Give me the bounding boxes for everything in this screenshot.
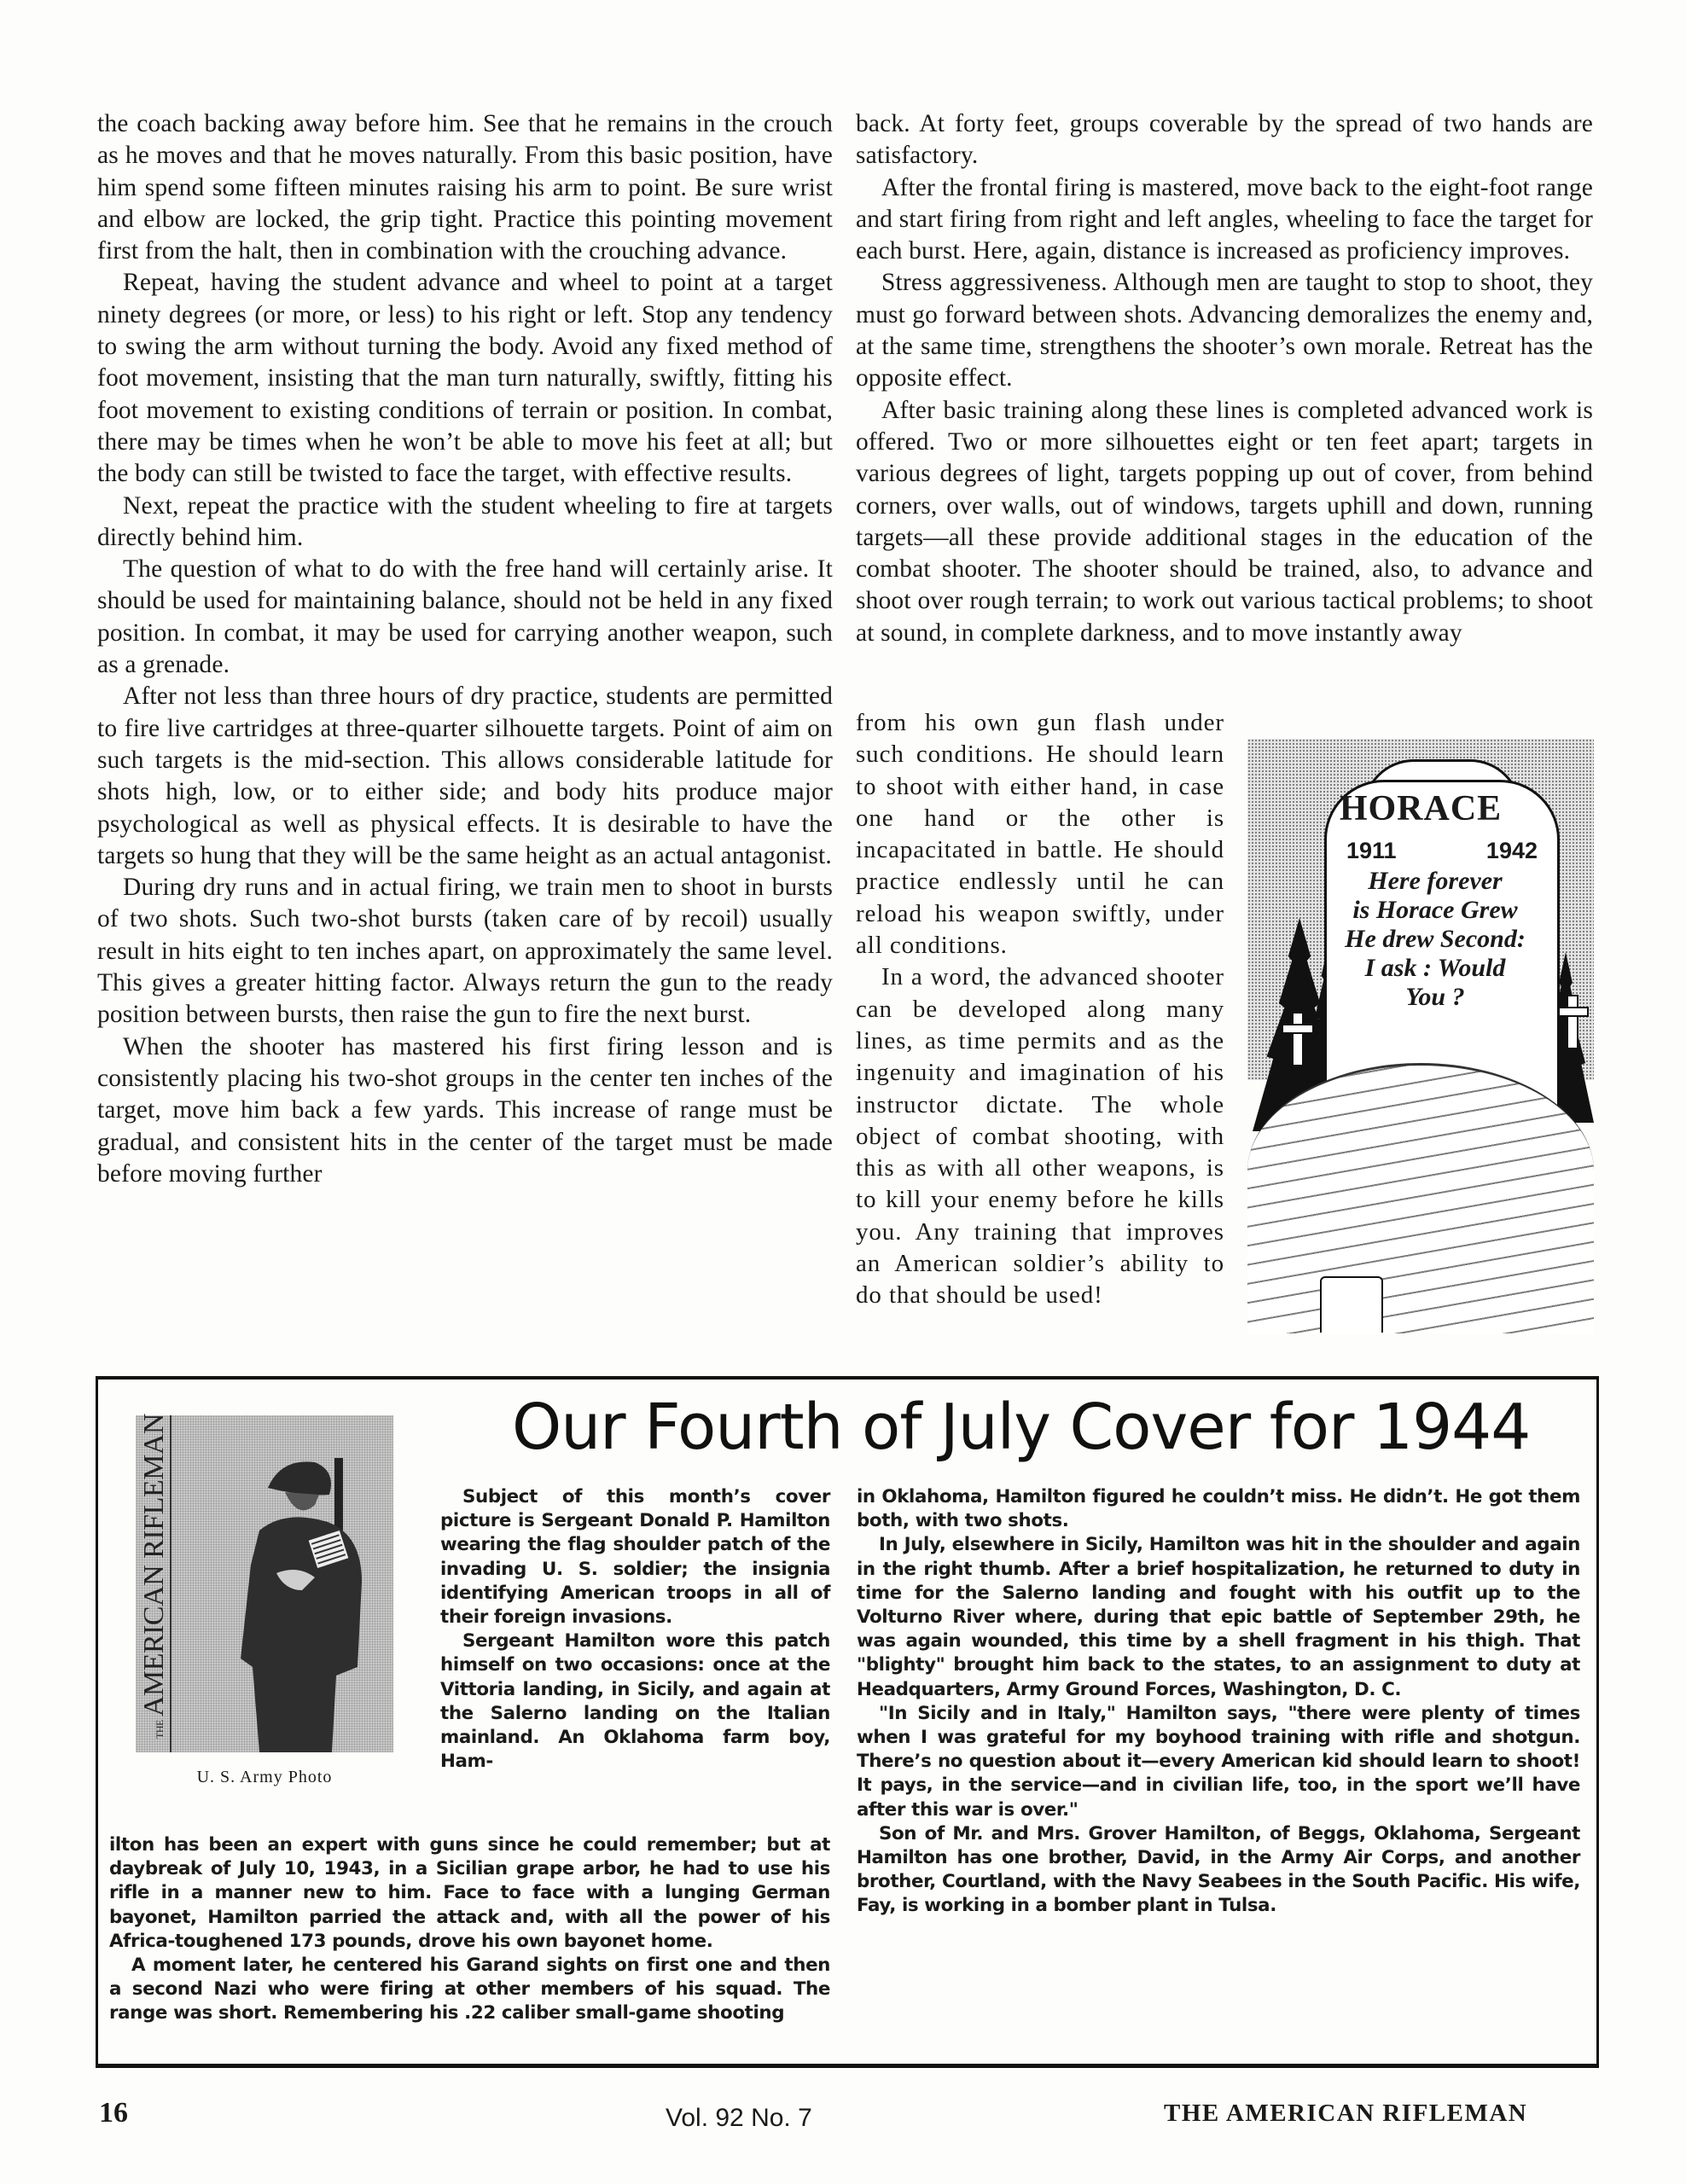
grave-cross-icon xyxy=(1292,1012,1304,1066)
paragraph: Sergeant Hamilton wore this patch himsel… xyxy=(440,1629,830,1774)
paragraph: Son of Mr. and Mrs. Grover Hamilton, of … xyxy=(857,1822,1580,1919)
headstone-name: HORACE xyxy=(1247,788,1594,829)
article-column-right-narrow: from his own gun flash under such condit… xyxy=(856,707,1224,1312)
volume-info: Vol. 92 No. 7 xyxy=(666,2104,812,2133)
headstone-years: 1911 1942 xyxy=(1346,838,1538,864)
running-title: THE AMERICAN RIFLEMAN xyxy=(1164,2100,1527,2128)
epitaph-line: You ? xyxy=(1333,983,1538,1012)
article-column-right: back. At forty feet, groups coverable by… xyxy=(856,108,1593,649)
epitaph-line: is Horace Grew xyxy=(1333,896,1538,925)
photo-credit: U. S. Army Photo xyxy=(136,1768,393,1787)
paragraph: Repeat, having the student advance and w… xyxy=(97,267,833,490)
article-column-left: the coach backing away before him. See t… xyxy=(97,108,833,1190)
masthead-prefix: THE xyxy=(154,1720,166,1739)
paragraph: "In Sicily and in Italy," Hamilton says,… xyxy=(857,1702,1580,1822)
feature-column-1-top: Subject of this month’s cover picture is… xyxy=(440,1485,830,1774)
cover-photo: THEAMERICAN RIFLEMAN xyxy=(136,1415,393,1752)
paragraph: When the shooter has mastered his first … xyxy=(97,1031,833,1190)
paragraph: back. At forty feet, groups coverable by… xyxy=(856,108,1593,172)
paragraph: The question of what to do with the free… xyxy=(97,554,833,681)
epitaph-line: He drew Second: xyxy=(1333,925,1538,954)
soldier-silhouette-icon xyxy=(234,1454,370,1752)
feature-title: Our Fourth of July Cover for 1944 xyxy=(512,1391,1536,1464)
cover-masthead: THEAMERICAN RIFLEMAN xyxy=(138,1432,171,1739)
grave-cross-icon xyxy=(1567,995,1578,1049)
paragraph: In a word, the advanced shooter can be d… xyxy=(856,961,1224,1311)
paragraph: from his own gun flash under such condit… xyxy=(856,707,1224,961)
cover-masthead-strip: THEAMERICAN RIFLEMAN xyxy=(136,1415,172,1752)
death-year: 1942 xyxy=(1486,838,1538,864)
masthead-title: AMERICAN RIFLEMAN xyxy=(138,1414,170,1716)
paragraph: ilton has been an expert with guns since… xyxy=(109,1833,830,1954)
paragraph: After basic training along these lines i… xyxy=(856,395,1593,649)
paragraph: the coach backing away before him. See t… xyxy=(97,108,833,267)
paragraph: Subject of this month’s cover picture is… xyxy=(440,1485,830,1629)
grave-mound xyxy=(1247,1063,1594,1333)
paragraph: in Oklahoma, Hamilton figured he couldn’… xyxy=(857,1485,1580,1533)
feature-column-2: in Oklahoma, Hamilton figured he couldn’… xyxy=(857,1485,1580,1919)
paragraph: A moment later, he centered his Garand s… xyxy=(109,1954,830,2026)
tombstone-cartoon: HORACE 1911 1942 Here forever is Horace … xyxy=(1247,739,1594,1331)
footstone xyxy=(1320,1276,1383,1333)
paragraph: During dry runs and in actual firing, we… xyxy=(97,872,833,1031)
paragraph: Next, repeat the practice with the stude… xyxy=(97,491,833,555)
epitaph-line: Here forever xyxy=(1333,867,1538,896)
page-number: 16 xyxy=(99,2097,128,2129)
epitaph: Here forever is Horace Grew He drew Seco… xyxy=(1333,867,1538,1012)
paragraph: After the frontal firing is mastered, mo… xyxy=(856,172,1593,268)
birth-year: 1911 xyxy=(1346,838,1397,864)
paragraph: Stress aggressiveness. Although men are … xyxy=(856,267,1593,394)
feature-column-1-bottom: ilton has been an expert with guns since… xyxy=(109,1833,830,2026)
epitaph-line: I ask : Would xyxy=(1333,954,1538,983)
paragraph: In July, elsewhere in Sicily, Hamilton w… xyxy=(857,1533,1580,1701)
paragraph: After not less than three hours of dry p… xyxy=(97,681,833,872)
